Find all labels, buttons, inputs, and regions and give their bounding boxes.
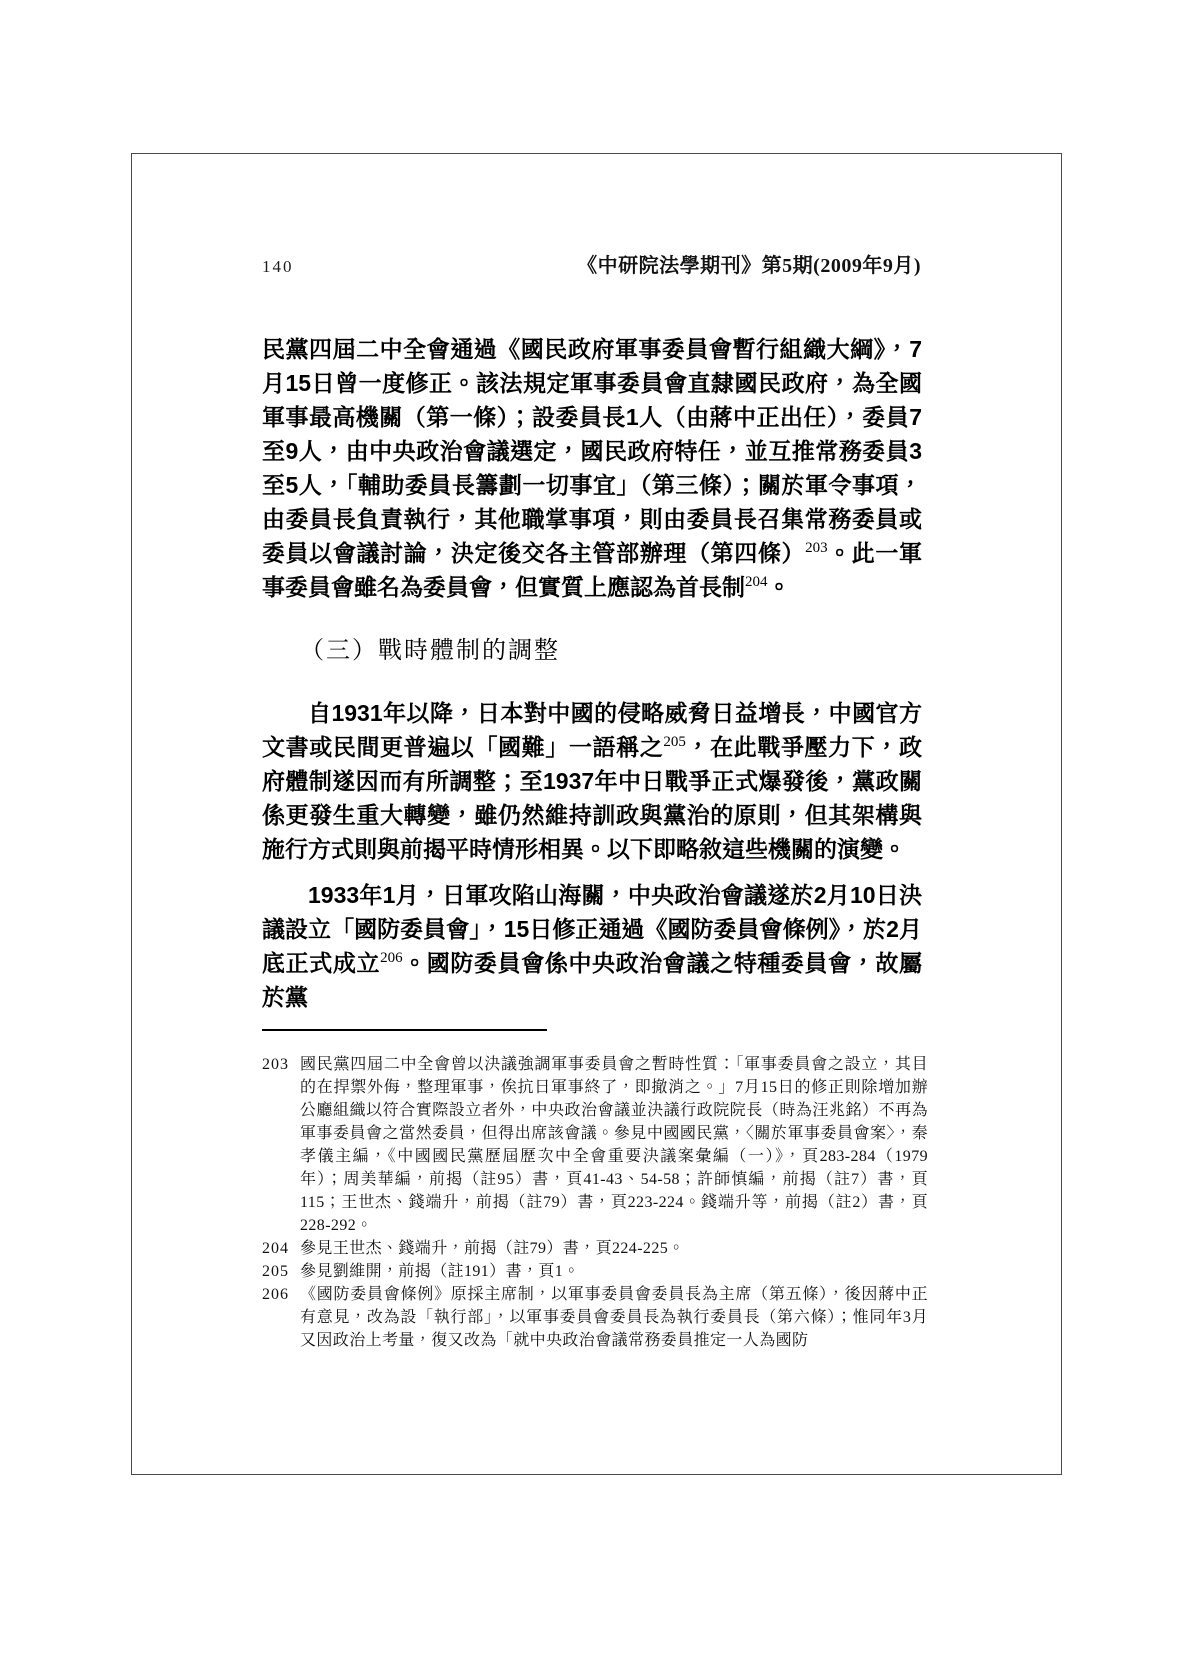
footnote-203: 203 國民黨四屆二中全會曾以決議強調軍事委員會之暫時性質：「軍事委員會之設立，… xyxy=(262,1053,928,1237)
footnote-ref-203: 203 xyxy=(805,540,828,556)
page-number: 140 xyxy=(262,257,294,277)
footnote-text: 參見劉維開，前揭（註191）書，頁1。 xyxy=(300,1260,928,1283)
page-frame: 140 《中研院法學期刊》第5期(2009年9月) 民黨四屆二中全會通過《國民政… xyxy=(131,153,1062,1475)
footnotes-block: 203 國民黨四屆二中全會曾以決議強調軍事委員會之暫時性質：「軍事委員會之設立，… xyxy=(262,1029,928,1352)
body-text-block: 民黨四屆二中全會通過《國民政府軍事委員會暫行組織大綱》，7月15日曾一度修正。該… xyxy=(262,332,922,1014)
footnote-number: 203 xyxy=(262,1053,300,1076)
footnote-number: 204 xyxy=(262,1237,300,1260)
paragraph-1-text-end: 。 xyxy=(768,574,791,600)
footnote-separator xyxy=(262,1029,547,1031)
footnote-text: 國民黨四屆二中全會曾以決議強調軍事委員會之暫時性質：「軍事委員會之設立，其目的在… xyxy=(300,1053,928,1237)
document-page: { "header": { "page_number": "140", "jou… xyxy=(0,0,1177,1664)
section-heading: （三）戰時體制的調整 xyxy=(300,634,922,668)
footnote-206: 206 《國防委員會條例》原採主席制，以軍事委員會委員長為主席（第五條），後因蔣… xyxy=(262,1283,928,1352)
footnote-ref-205: 205 xyxy=(663,734,686,750)
footnote-ref-204: 204 xyxy=(745,574,768,590)
footnote-text: 《國防委員會條例》原採主席制，以軍事委員會委員長為主席（第五條），後因蔣中正有意… xyxy=(300,1283,928,1352)
journal-title-header: 《中研院法學期刊》第5期(2009年9月) xyxy=(577,249,921,278)
paragraph-1-text: 民黨四屆二中全會通過《國民政府軍事委員會暫行組織大綱》，7月15日曾一度修正。該… xyxy=(262,336,922,566)
footnote-204: 204 參見王世杰、錢端升，前揭（註79）書，頁224-225。 xyxy=(262,1237,928,1260)
footnote-text: 參見王世杰、錢端升，前揭（註79）書，頁224-225。 xyxy=(300,1237,928,1260)
paragraph-1: 民黨四屆二中全會通過《國民政府軍事委員會暫行組織大綱》，7月15日曾一度修正。該… xyxy=(262,332,922,604)
footnote-number: 205 xyxy=(262,1260,300,1283)
footnote-number: 206 xyxy=(262,1283,300,1306)
paragraph-2: 自1931年以降，日本對中國的侵略威脅日益增長，中國官方文書或民間更普遍以「國難… xyxy=(262,696,922,866)
running-header: 140 《中研院法學期刊》第5期(2009年9月) xyxy=(262,249,921,278)
paragraph-3: 1933年1月，日軍攻陷山海關，中央政治會議遂於2月10日決議設立「國防委員會」… xyxy=(262,878,922,1014)
footnote-ref-206: 206 xyxy=(380,950,403,966)
footnote-205: 205 參見劉維開，前揭（註191）書，頁1。 xyxy=(262,1260,928,1283)
